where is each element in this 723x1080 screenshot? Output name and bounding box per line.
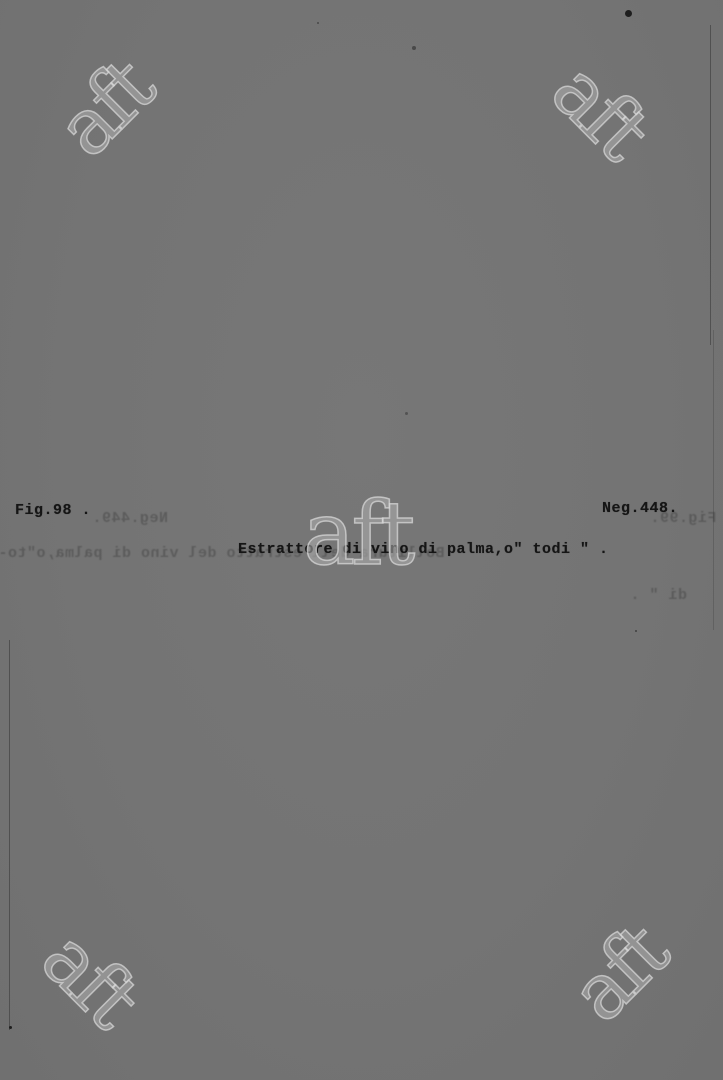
dust-speck: [317, 22, 319, 24]
dust-speck: [405, 412, 408, 415]
caption: Estrattore di vino di palma,o" todi " .: [238, 541, 609, 558]
left-edge-line: [9, 640, 10, 1030]
dust-speck: [9, 1026, 12, 1029]
watermark-center: aft: [303, 490, 411, 578]
watermark-bottom-right: aft: [558, 913, 680, 1035]
negative-label: Neg.448.: [602, 500, 678, 517]
watermark-bottom-left: aft: [28, 918, 150, 1040]
bleed-caption-line2: di " .: [630, 587, 687, 604]
watermark-top-left: aft: [44, 48, 166, 170]
dust-speck: [412, 46, 416, 50]
right-edge-line-lower: [713, 330, 714, 630]
dust-speck: [635, 630, 637, 632]
dust-speck: [625, 10, 632, 17]
watermark-top-right: aft: [538, 50, 660, 172]
bleed-negative-label: Neg.449.: [92, 510, 168, 527]
figure-label: Fig.98 .: [15, 502, 91, 519]
right-edge-line: [710, 25, 711, 345]
scanned-card: Neg.449. Fig.99. Bollitura dell'estratto…: [0, 0, 723, 1080]
